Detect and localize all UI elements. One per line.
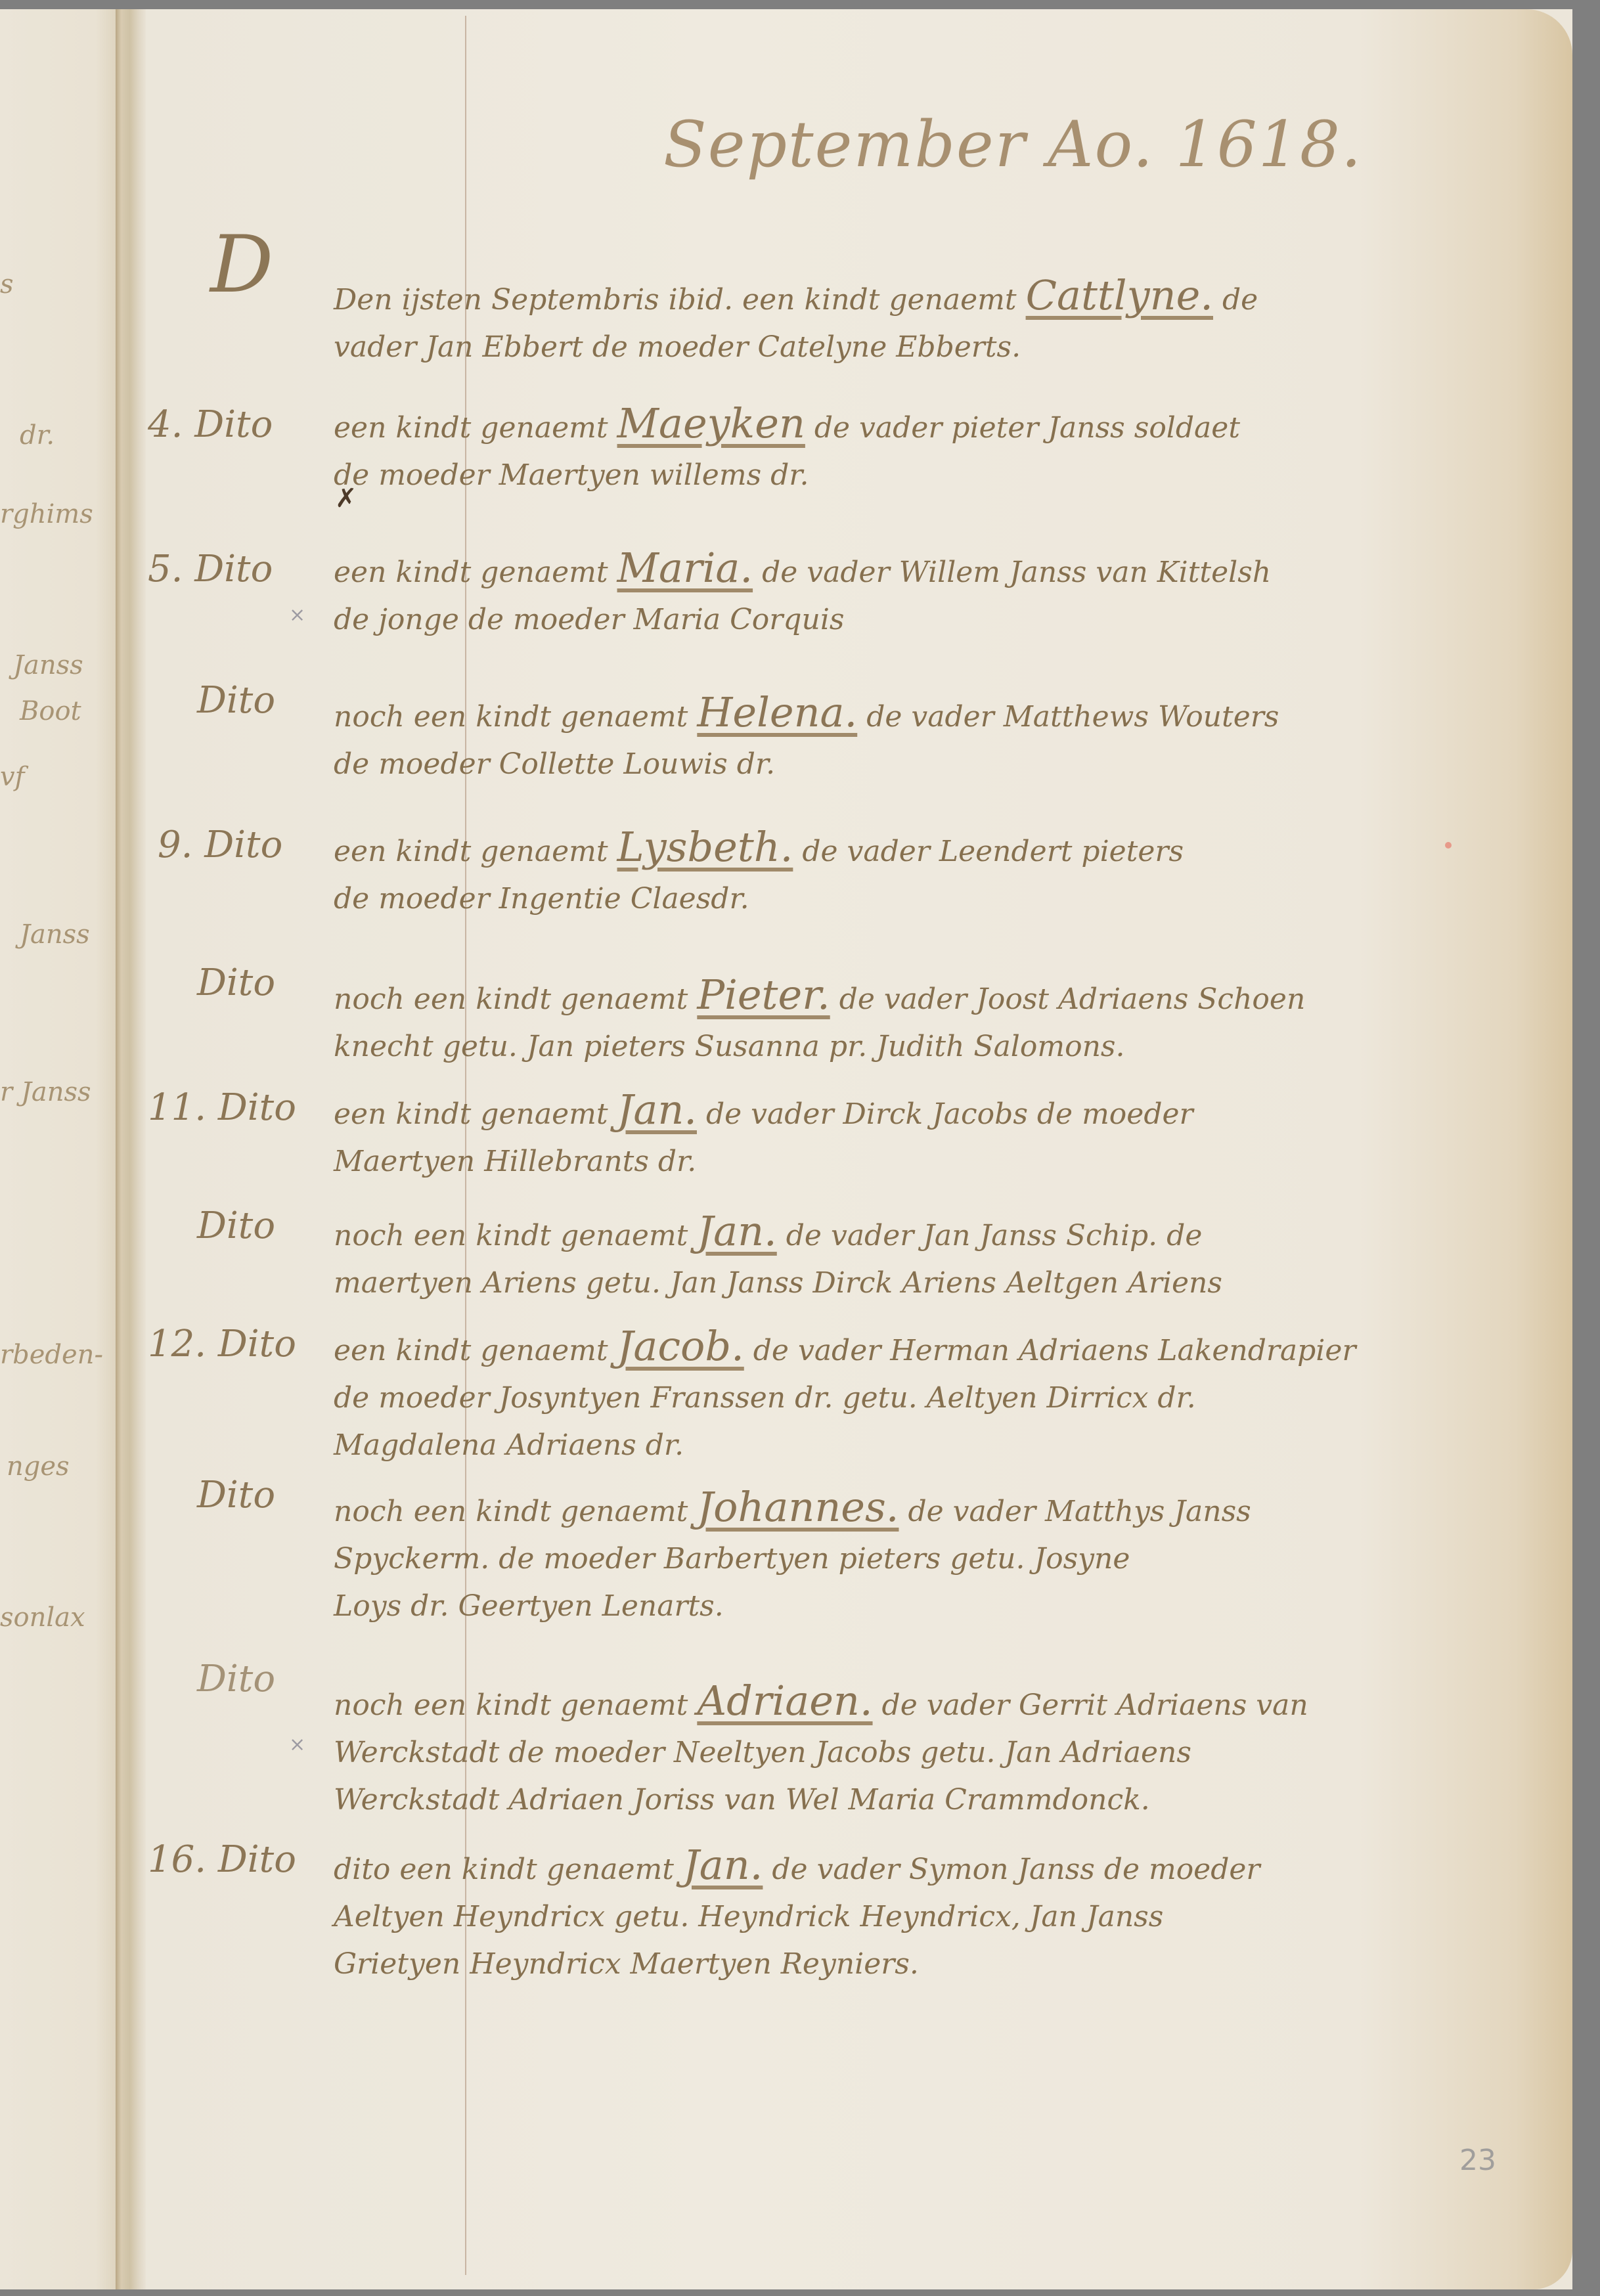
baptism-entry: noch een kindt genaemt Pieter. de vader … <box>334 971 1549 1071</box>
entry-line: noch een kindt genaemt Adriaen. de vader… <box>334 1677 1549 1729</box>
manuscript-spread: s dr. rghims Janss Boot vf Janss r Janss… <box>0 9 1572 2289</box>
entry-line: een kindt genaemt Jan. de vader Dirck Ja… <box>334 1086 1549 1138</box>
entry-date: 12. Dito <box>148 1323 296 1365</box>
entry-date-label: Dito <box>218 1086 296 1129</box>
entry-line: noch een kindt genaemt Helena. de vader … <box>334 689 1549 741</box>
left-page-fragment: rghims <box>0 499 93 529</box>
entry-date: 4. Dito <box>148 403 273 446</box>
entry-line: de moeder Collette Louwis dr. <box>334 741 1549 788</box>
margin-cross-mark: × <box>289 1733 305 1756</box>
entry-date-label: D <box>210 219 273 311</box>
left-page-fragment: s <box>0 269 14 299</box>
baptism-entry: noch een kindt genaemt Helena. de vader … <box>334 689 1549 788</box>
child-name: Lysbeth. <box>617 823 793 871</box>
book-gutter <box>116 9 147 2289</box>
entry-date: 11. Dito <box>148 1086 296 1129</box>
entry-day: 5. <box>148 548 183 590</box>
ink-blot-icon: ✗ <box>335 483 357 514</box>
entry-day: 9. <box>158 824 192 866</box>
child-name: Jan. <box>683 1841 763 1889</box>
entry-date-label: Dito <box>197 1474 275 1516</box>
entry-date: Dito <box>197 1204 275 1247</box>
baptism-entry: een kindt genaemt Jacob. de vader Herman… <box>334 1323 1549 1469</box>
child-name: Cattlyne. <box>1026 271 1213 319</box>
left-page-fragment: r Janss <box>0 1077 91 1107</box>
entry-line: Grietyen Heyndricx Maertyen Reyniers. <box>334 1941 1549 1988</box>
baptism-entry: Den ijsten Septembris ibid. een kindt ge… <box>334 272 1549 371</box>
baptism-entry: noch een kindt genaemt Johannes. de vade… <box>334 1484 1549 1630</box>
entry-line: maertyen Ariens getu. Jan Janss Dirck Ar… <box>334 1260 1549 1307</box>
entry-date-label: Dito <box>218 1323 296 1365</box>
entry-date-label: Dito <box>197 961 275 1004</box>
entry-line: noch een kindt genaemt Jan. de vader Jan… <box>334 1208 1549 1260</box>
entry-line: Werckstadt de moeder Neeltyen Jacobs get… <box>334 1729 1549 1777</box>
entry-date: 16. Dito <box>148 1838 296 1881</box>
left-page-fragment: sonlax <box>0 1602 85 1633</box>
entry-date-label: Dito <box>218 1838 296 1881</box>
baptism-entry: noch een kindt genaemt Adriaen. de vader… <box>334 1677 1549 1824</box>
entry-date-label: Dito <box>204 824 282 866</box>
entry-line: Den ijsten Septembris ibid. een kindt ge… <box>334 272 1549 324</box>
entry-date-label: Dito <box>197 679 275 722</box>
entry-line: Loys dr. Geertyen Lenarts. <box>334 1583 1549 1630</box>
entry-line: noch een kindt genaemt Pieter. de vader … <box>334 971 1549 1023</box>
baptism-entry: een kindt genaemt Lysbeth. de vader Leen… <box>334 824 1549 923</box>
entry-date-label: Dito <box>197 1658 275 1700</box>
entry-line: de moeder Maertyen willems dr. <box>334 452 1549 499</box>
folio-number: 23 <box>1459 2144 1496 2177</box>
entry-line: vader Jan Ebbert de moeder Catelyne Ebbe… <box>334 324 1549 371</box>
child-name: Maeyken <box>617 399 805 447</box>
entry-line: de moeder Ingentie Claesdr. <box>334 875 1549 923</box>
entry-day: 12. <box>148 1323 206 1365</box>
entry-date-label: Dito <box>194 548 273 590</box>
left-page-fragment: Janss <box>13 650 83 680</box>
entry-date-label: Dito <box>194 403 273 446</box>
left-page-fragment: rbeden- <box>0 1340 103 1370</box>
red-ink-dot <box>1445 842 1452 849</box>
entry-line: Werckstadt Adriaen Joriss van Wel Maria … <box>334 1777 1549 1824</box>
entry-line: de moeder Josyntyen Franssen dr. getu. A… <box>334 1375 1549 1422</box>
entry-date: Dito <box>197 679 275 722</box>
entry-line: dito een kindt genaemt Jan. de vader Sym… <box>334 1842 1549 1893</box>
entry-line: Aeltyen Heyndricx getu. Heyndrick Heyndr… <box>334 1893 1549 1941</box>
left-page-fragment: dr. <box>20 420 55 451</box>
left-page-fragment: Janss <box>20 919 90 950</box>
entry-line: de jonge de moeder Maria Corquis <box>334 596 1549 644</box>
child-name: Johannes. <box>697 1483 899 1531</box>
entry-day: 11. <box>148 1086 206 1129</box>
child-name: Jacob. <box>617 1322 744 1370</box>
child-name: Maria. <box>617 544 753 592</box>
entry-date: Dito <box>197 1658 275 1700</box>
entry-line: Magdalena Adriaens dr. <box>334 1422 1549 1469</box>
left-page: s dr. rghims Janss Boot vf Janss r Janss… <box>0 9 120 2289</box>
baptism-entry: een kindt genaemt Jan. de vader Dirck Ja… <box>334 1086 1549 1185</box>
baptism-entry: noch een kindt genaemt Jan. de vader Jan… <box>334 1208 1549 1307</box>
child-name: Jan. <box>697 1207 776 1255</box>
margin-cross-mark: × <box>289 604 305 627</box>
child-name: Adriaen. <box>697 1677 872 1725</box>
baptism-entry: een kindt genaemt Maeyken de vader piete… <box>334 400 1549 499</box>
baptism-entry: dito een kindt genaemt Jan. de vader Sym… <box>334 1842 1549 1988</box>
entry-line: een kindt genaemt Jacob. de vader Herman… <box>334 1323 1549 1375</box>
entry-line: een kindt genaemt Maeyken de vader piete… <box>334 400 1549 452</box>
child-name: Helena. <box>697 688 857 736</box>
page-heading: September Ao. 1618. <box>663 108 1362 181</box>
entry-line: Spyckerm. de moeder Barbertyen pieters g… <box>334 1535 1549 1583</box>
entry-date: 5. Dito <box>148 548 273 590</box>
entry-date-label: Dito <box>197 1204 275 1247</box>
left-page-fragment: Boot <box>20 696 81 726</box>
baptism-entry: een kindt genaemt Maria. de vader Willem… <box>334 544 1549 644</box>
entry-line: een kindt genaemt Maria. de vader Willem… <box>334 544 1549 596</box>
entry-line: een kindt genaemt Lysbeth. de vader Leen… <box>334 824 1549 875</box>
entry-date: Dito <box>197 961 275 1004</box>
entry-date: 9. Dito <box>158 824 282 866</box>
entry-date: Dito <box>197 1474 275 1516</box>
entry-day: 16. <box>148 1838 206 1881</box>
child-name: Jan. <box>617 1086 697 1134</box>
child-name: Pieter. <box>697 971 830 1019</box>
left-page-fragment: vf <box>0 762 24 792</box>
entry-date: D <box>210 226 273 305</box>
entry-line: Maertyen Hillebrants dr. <box>334 1138 1549 1185</box>
entry-line: noch een kindt genaemt Johannes. de vade… <box>334 1484 1549 1535</box>
entry-day: 4. <box>148 403 183 446</box>
left-page-fragment: nges <box>7 1451 70 1482</box>
entry-line: knecht getu. Jan pieters Susanna pr. Jud… <box>334 1023 1549 1071</box>
